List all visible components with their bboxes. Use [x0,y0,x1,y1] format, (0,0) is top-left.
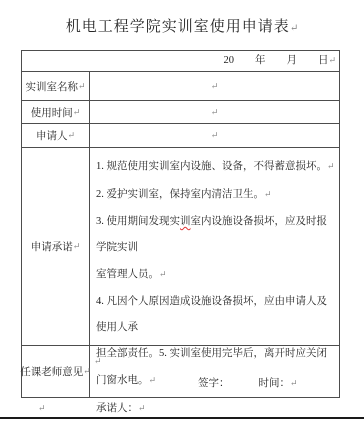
commitment-promiser-text: 承诺人： [96,403,138,414]
commitment-label: 申请承诺↵ [22,148,90,345]
paragraph-mark-icon: ↵ [264,189,272,199]
table-row-date: 20 年 月 日↵ [22,51,339,71]
paragraph-mark-icon: ↵ [73,241,81,252]
paragraph-mark-icon: ↵ [94,356,102,366]
signature-label: 签字： [198,378,230,389]
commitment-field[interactable]: 1. 规范使用实训室内设施、设备，不得蓄意损坏。↵ 2. 爱护实训室，保持室内清… [90,148,339,345]
table-row-commitment: 申请承诺↵ 1. 规范使用实训室内设施、设备，不得蓄意损坏。↵ 2. 爱护实训室… [22,147,339,345]
teacher-opinion-field[interactable]: ↵ 签字：时间：↵ [90,346,339,397]
application-form-table: 20 年 月 日↵ 实训室名称↵ ↵ 使用时间↵ ↵ 申请人↵ ↵ 申请承诺↵ [21,50,340,398]
date-field[interactable]: 20 年 月 日↵ [22,51,339,71]
paragraph-mark-icon: ↵ [211,130,219,141]
commitment-item-2: 2. 爱护实训室，保持室内清洁卫生。↵ [96,181,337,208]
date-text: 20 年 月 日 [223,55,328,66]
teacher-opinion-empty-line: ↵ [94,353,339,370]
commitment-item-1: 1. 规范使用实训室内设施、设备，不得蓄意损坏。↵ [96,153,337,180]
table-row-use-time: 使用时间↵ ↵ [22,100,339,123]
commitment-label-text: 申请承诺 [31,239,73,254]
commitment-item-2-text: 2. 爱护实训室，保持室内清洁卫生。 [96,189,264,200]
page-bottom-edge [0,417,364,419]
paragraph-mark-icon: ↵ [159,269,167,279]
commitment-item-3-line2: 室管理人员。 [96,269,159,280]
room-name-label: 实训室名称↵ [22,72,90,100]
trailing-paragraph-mark: ↵ [38,398,46,416]
paragraph-mark-icon: ↵ [327,161,335,171]
use-time-label-text: 使用时间 [31,105,73,120]
teacher-opinion-label-text: 任课老师意见 [20,364,83,379]
use-time-label: 使用时间↵ [22,101,90,123]
applicant-label: 申请人↵ [22,124,90,147]
room-name-field[interactable]: ↵ [90,72,339,100]
paragraph-mark-icon: ↵ [328,55,336,65]
paragraph-mark-icon: ↵ [78,81,86,92]
applicant-field[interactable]: ↵ [90,124,339,147]
commitment-item-3-pre: 3. 使用期间发现实 [96,216,180,227]
table-row-teacher-opinion: 任课老师意见↵ ↵ 签字：时间：↵ [22,345,339,397]
paragraph-mark-icon: ↵ [38,403,46,413]
paragraph-mark-icon: ↵ [211,81,219,92]
page-title-text: 机电工程学院实训室使用申请表 [66,19,290,35]
paragraph-mark-icon: ↵ [138,403,146,413]
use-time-field[interactable]: ↵ [90,101,339,123]
table-row-applicant: 申请人↵ ↵ [22,123,339,147]
paragraph-mark-icon: ↵ [211,107,219,118]
paragraph-mark-icon: ↵ [290,378,298,388]
commitment-item-3: 3. 使用期间发现实训室内设施设备损坏，应及时报学院实训室管理人员。↵ [96,209,337,288]
signature-line: 签字：时间：↵ [94,375,339,392]
paragraph-mark-icon: ↵ [73,107,81,118]
time-label: 时间： [259,378,291,389]
room-name-label-text: 实训室名称 [25,79,78,94]
paragraph-mark-icon: ↵ [67,130,75,141]
spellcheck-flagged-text: 训 [180,216,191,227]
paragraph-mark-icon: ↵ [290,23,298,34]
applicant-label-text: 申请人 [36,128,68,143]
page-title: 机电工程学院实训室使用申请表↵ [0,15,364,36]
commitment-item-1-text: 1. 规范使用实训室内设施、设备，不得蓄意损坏。 [96,161,327,172]
teacher-opinion-label: 任课老师意见↵ [22,346,90,397]
commitment-item-4-line1: 4. 凡因个人原因造成设施设备损坏，应由申请人及使用人承 [96,296,327,333]
table-row-room-name: 实训室名称↵ ↵ [22,71,339,100]
